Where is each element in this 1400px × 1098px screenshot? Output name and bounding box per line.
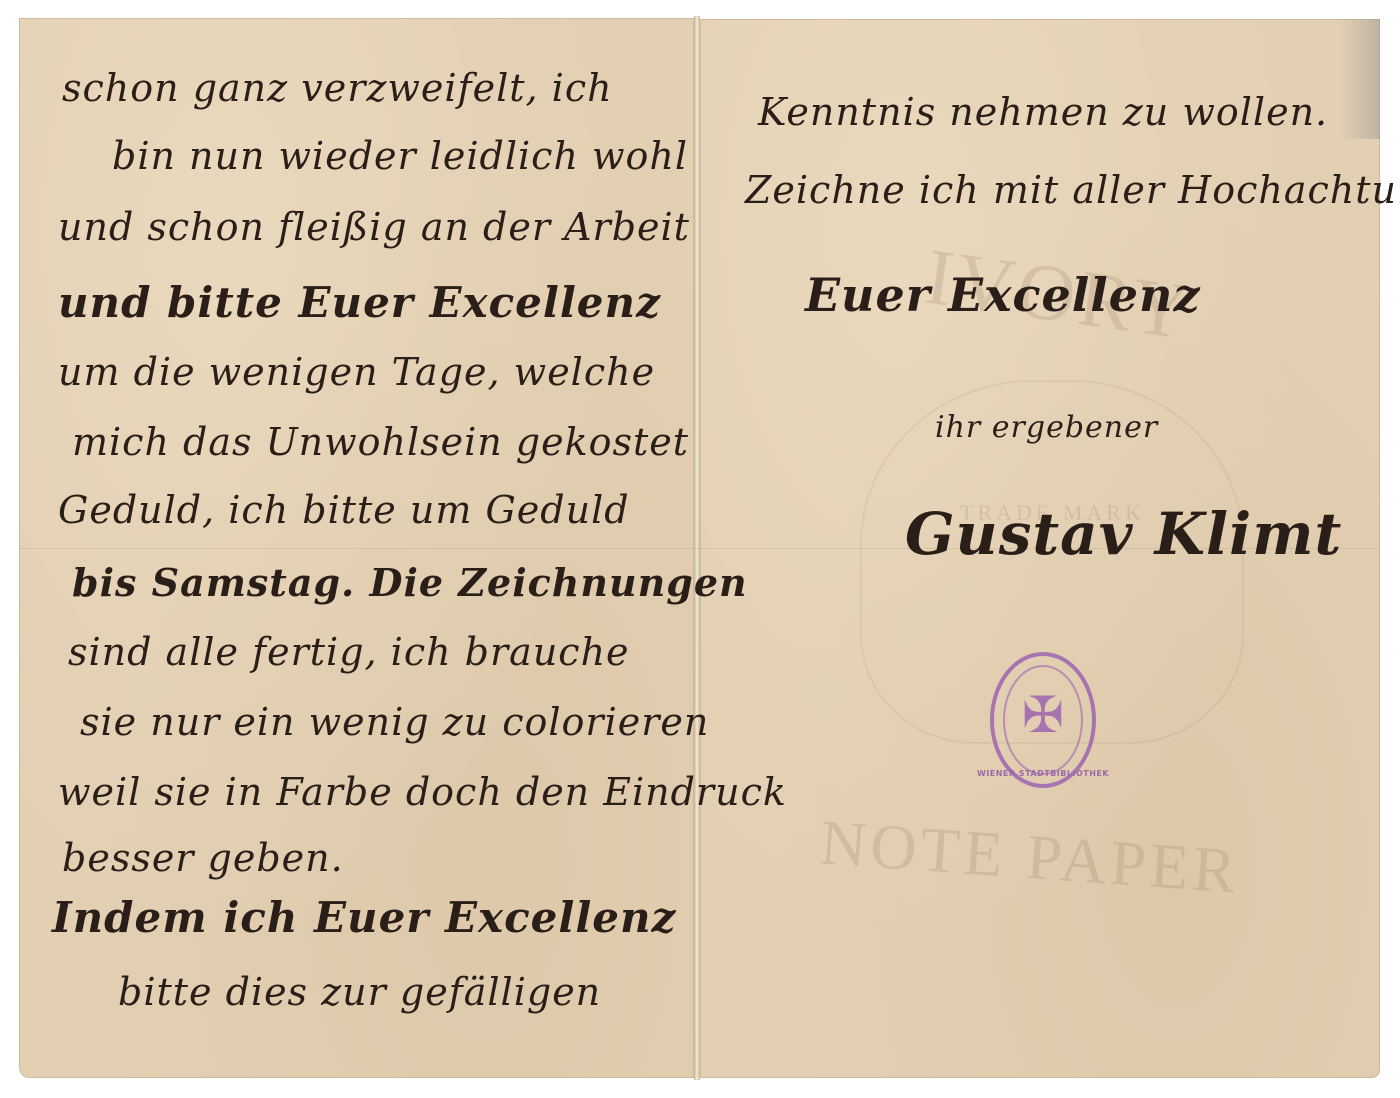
right-line-1: Kenntnis nehmen zu wollen. [758,90,1328,134]
right-line-2: Zeichne ich mit aller Hochachtung [745,168,1400,212]
closing: ihr ergebener [935,410,1158,445]
corner-stain [1340,19,1380,139]
left-line-7: Geduld, ich bitte um Geduld [58,488,630,532]
left-line-8: bis Samstag. Die Zeichnungen [72,560,748,605]
left-line-3: und schon fleißig an der Arbeit [58,205,690,249]
left-line-9: sind alle fertig, ich brauche [68,630,630,674]
library-stamp: ✠ WIENER STADTBIBLIOTHEK [990,652,1096,788]
left-line-11: weil sie in Farbe doch den Eindruck [58,770,787,814]
signature: Gustav Klimt [905,500,1342,568]
salutation: Euer Excellenz [805,268,1201,322]
left-line-1: schon ganz verzweifelt, ich [62,66,613,110]
double-headed-eagle-icon: ✠ [1022,690,1064,740]
left-line-12: besser geben. [62,836,344,880]
left-line-5: um die wenigen Tage, welche [58,350,655,394]
letter-spread: IVORY TRADE MARK NOTE PAPER schon ganz v… [0,0,1400,1098]
left-line-2: bin nun wieder leidlich wohl [112,134,688,178]
left-line-10: sie nur ein wenig zu colorieren [80,700,709,744]
left-line-4: und bitte Euer Excellenz [58,278,661,327]
left-line-6: mich das Unwohlsein gekostet [72,420,689,464]
stamp-text: WIENER STADTBIBLIOTHEK [977,769,1109,778]
left-line-13: Indem ich Euer Excellenz [52,893,676,942]
left-line-14: bitte dies zur gefälligen [118,970,601,1014]
